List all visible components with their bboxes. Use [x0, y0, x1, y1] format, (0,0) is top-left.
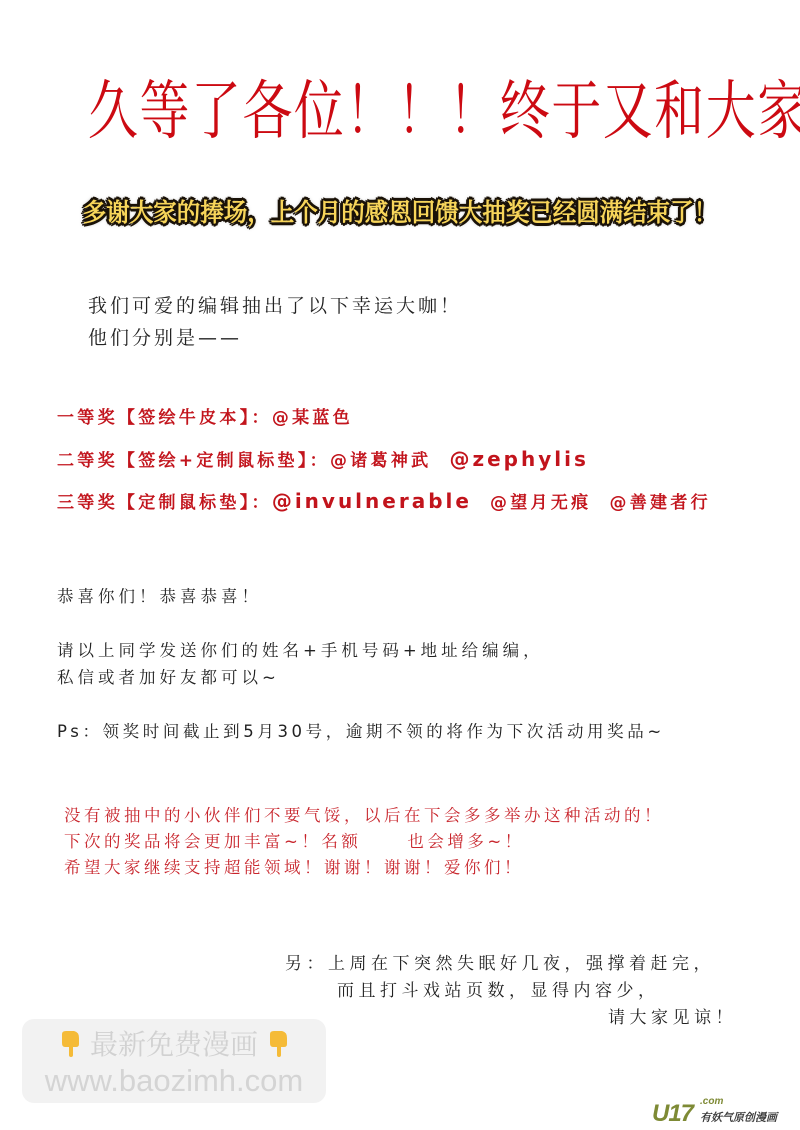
u17-tagline: 有妖气原创漫画 [700, 1109, 777, 1125]
page-subtitle: 多谢大家的捧场，上个月的感恩回馈大抽奖已经圆满结束了！ [24, 193, 776, 233]
intro-text: 我们可爱的编辑抽出了以下幸运大咖！ 他们分别是—— [88, 290, 462, 354]
closing-line-3: 请大家见谅！ [608, 1004, 737, 1032]
winner: @善建者行 [609, 493, 711, 513]
intro-line-1: 我们可爱的编辑抽出了以下幸运大咖！ [88, 290, 462, 322]
encouragement-line-3: 希望大家继续支持超能领域！谢谢！谢谢！爱你们！ [64, 855, 664, 881]
prize-label: 一等奖【签绘牛皮本】： [57, 408, 272, 428]
closing-line-2: 而且打斗戏站页数，显得内容少， [337, 977, 660, 1005]
encouragement-line-1: 没有被抽中的小伙伴们不要气馁，以后在下会多多举办这种活动的！ [64, 803, 664, 829]
closing-line-1: 另：上周在下突然失眠好几夜，强撑着赶完， [285, 950, 715, 978]
pointing-down-hand-icon [267, 1030, 289, 1058]
congrats-text: 恭喜你们！恭喜恭喜！ [57, 583, 262, 610]
watermark-url[interactable]: www.baozimh.com [22, 1062, 326, 1100]
ps-text: Ps：领奖时间截止到5月30号，逾期不领的将作为下次活动用奖品~ [57, 718, 665, 745]
prize-third: 三等奖【定制鼠标垫】：@invulnerable@望月无痕@善建者行 [57, 486, 711, 518]
winner: @望月无痕 [490, 493, 592, 513]
prize-label: 二等奖【签绘+定制鼠标垫】： [57, 451, 330, 471]
winner: @某蓝色 [272, 408, 353, 428]
u17-domain: .com [700, 1096, 723, 1107]
page-title: 久等了各位！！！终于又和大家见面了！ [88, 62, 712, 162]
prize-first: 一等奖【签绘牛皮本】：@某蓝色 [57, 403, 353, 433]
encouragement-text: 没有被抽中的小伙伴们不要气馁，以后在下会多多举办这种活动的！ 下次的奖品将会更加… [64, 803, 664, 881]
watermark-banner[interactable]: 最新免费漫画 www.baozimh.com [22, 1019, 326, 1103]
u17-brand: U17 [652, 1100, 693, 1127]
prize-second: 二等奖【签绘+定制鼠标垫】：@诸葛神武@zephylis [57, 444, 589, 476]
instructions-line-1: 请以上同学发送你们的姓名+手机号码+地址给编编， [57, 637, 544, 664]
encouragement-line-2: 下次的奖品将会更加丰富~！名额也会增多~！ [64, 829, 664, 855]
u17-logo: U17 .com 有妖气原创漫画 [652, 1100, 693, 1126]
watermark-line-1: 最新免费漫画 [22, 1025, 326, 1065]
prize-label: 三等奖【定制鼠标垫】： [57, 493, 272, 513]
winner: @zephylis [449, 447, 588, 471]
winner: @诸葛神武 [330, 451, 432, 471]
instructions-line-2: 私信或者加好友都可以~ [57, 664, 280, 691]
pointing-down-hand-icon [59, 1030, 81, 1058]
intro-line-2: 他们分别是—— [88, 322, 462, 354]
winner: @invulnerable [272, 489, 472, 513]
